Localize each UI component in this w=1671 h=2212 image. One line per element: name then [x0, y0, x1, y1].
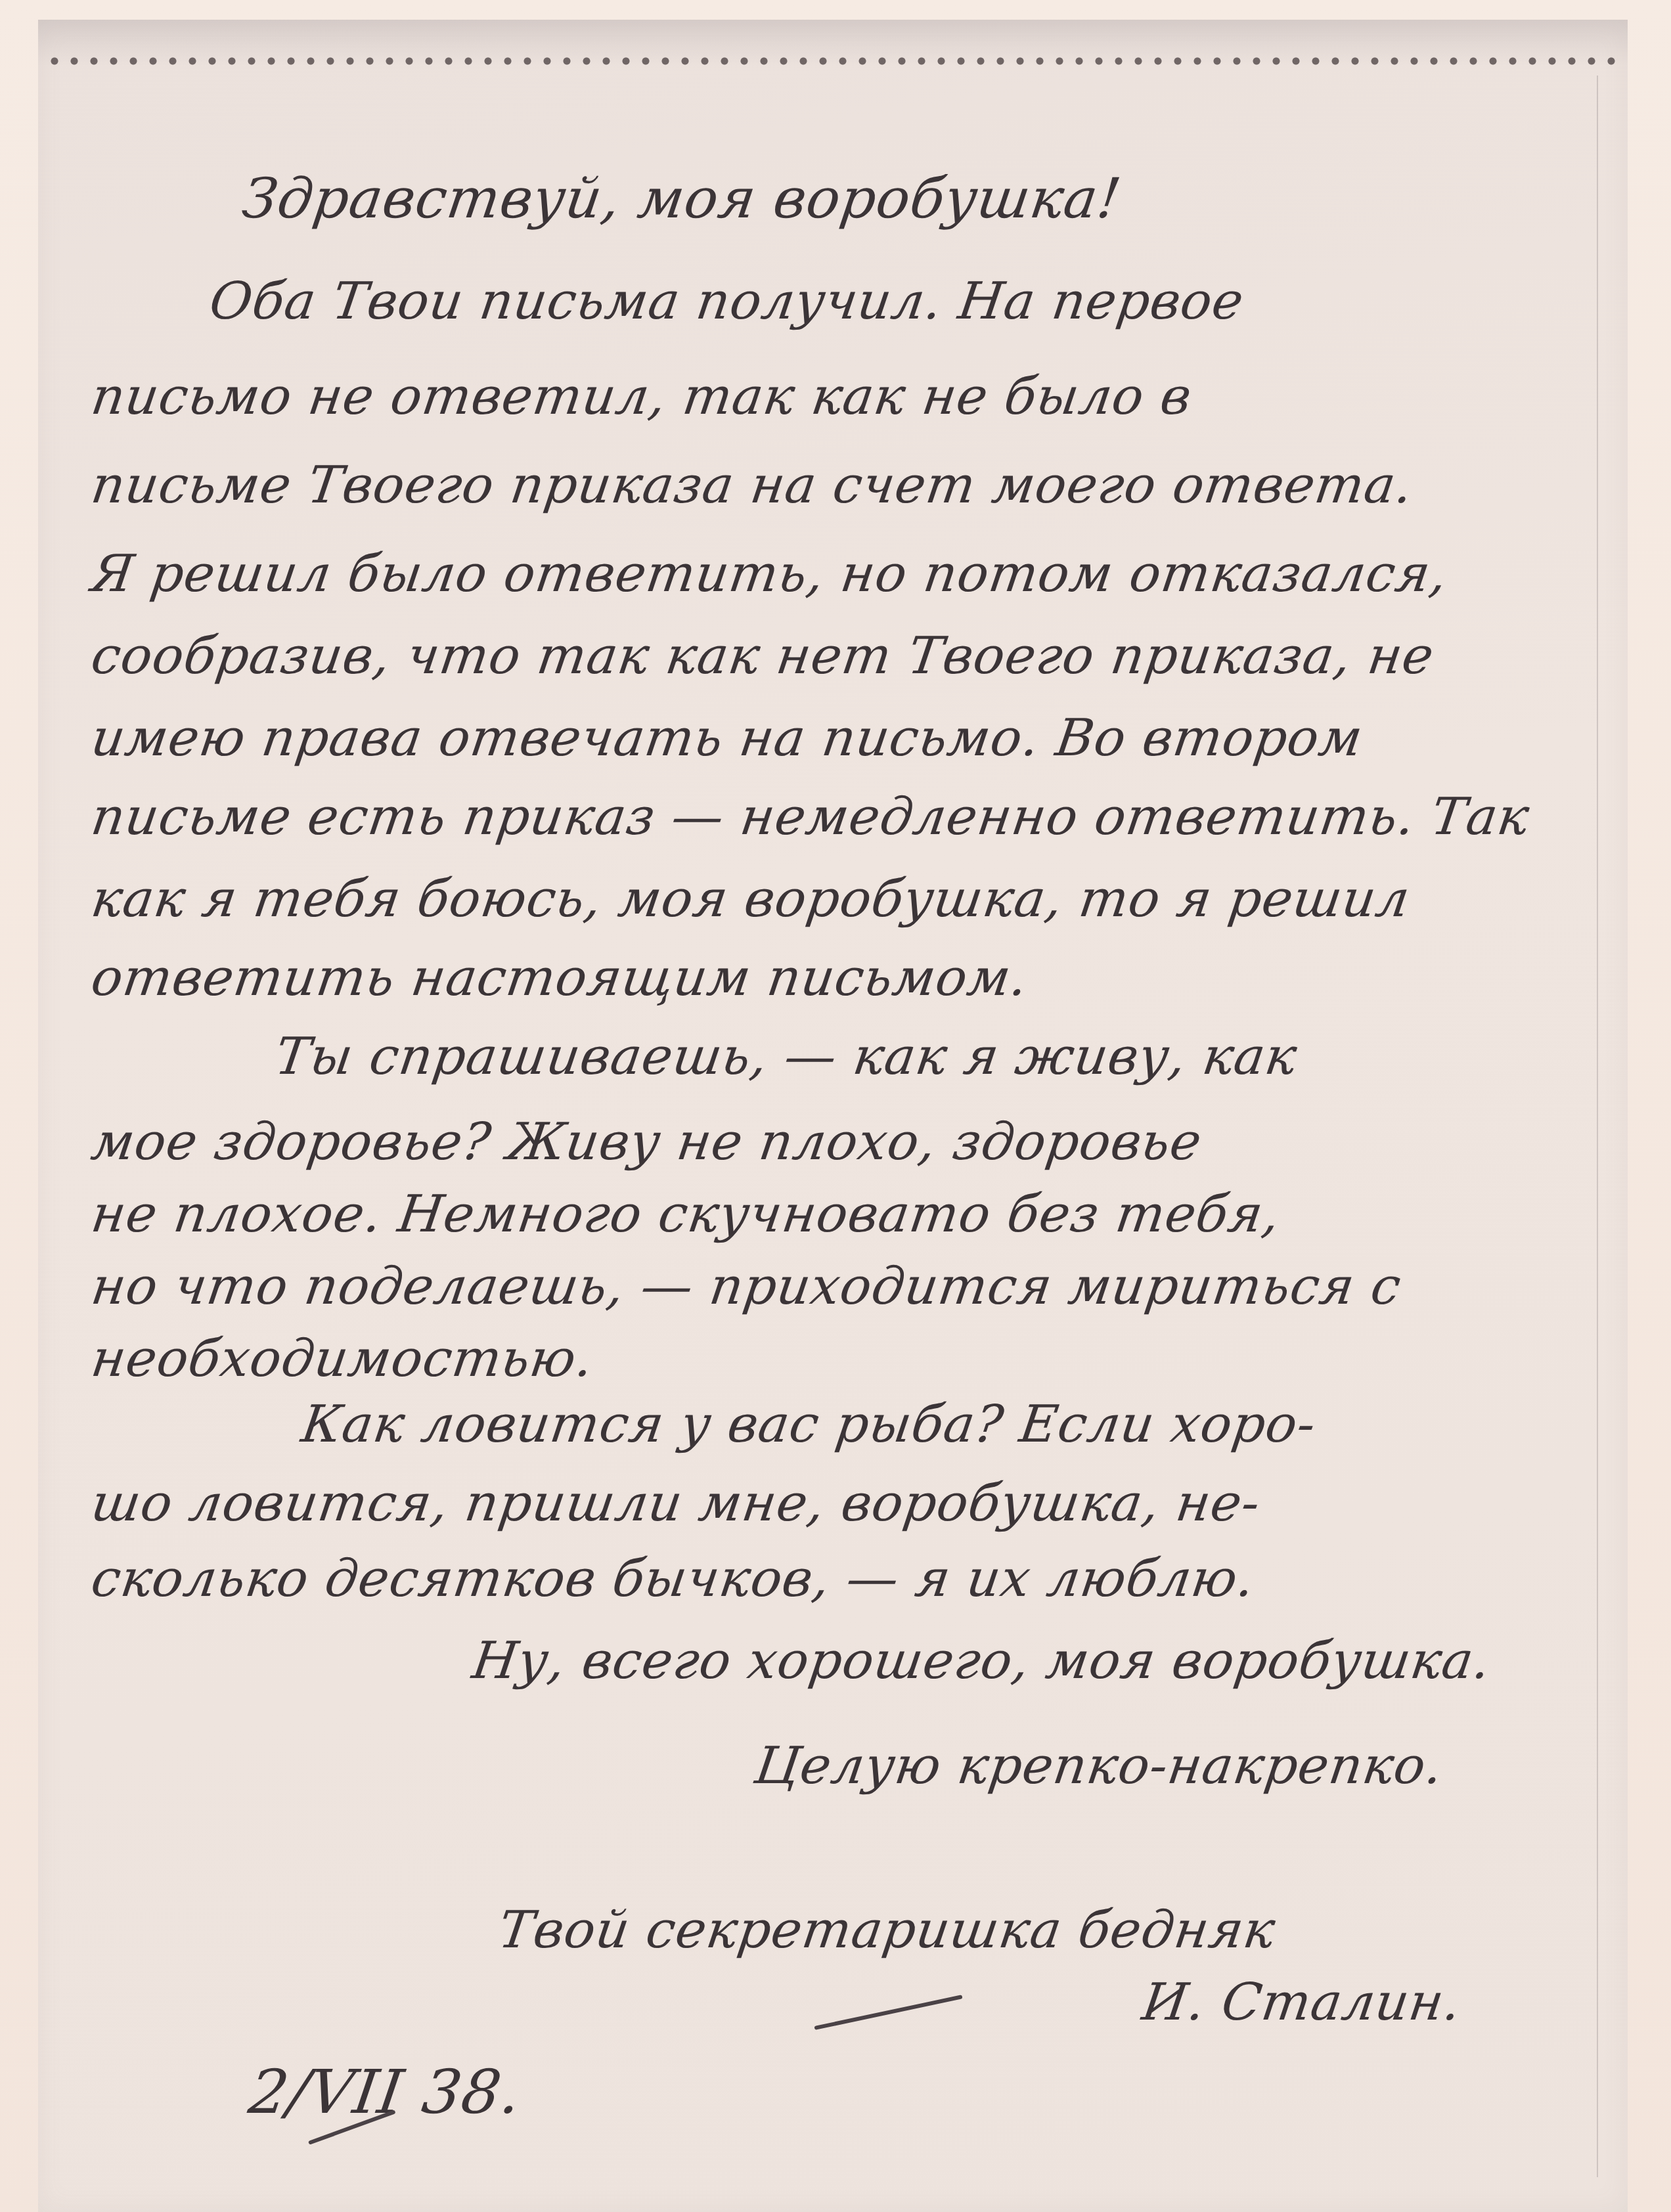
- letter-line-11: мое здоровье? Живу не плохо, здоровье: [89, 1117, 1205, 1168]
- letter-line-16: шо ловится, пришли мне, воробушка, не-: [89, 1478, 1264, 1529]
- letter-line-2: письмо не ответил, так как не было в: [89, 371, 1195, 422]
- letter-kisses: Целую крепко-накрепко.: [752, 1740, 1446, 1792]
- perforation-edge: [45, 56, 1621, 66]
- letter-line-14: необходимостью.: [89, 1333, 597, 1384]
- letter-line-15: Как ловится у вас рыба? Если хоро-: [299, 1399, 1320, 1450]
- letter-line-10: Ты спрашиваешь, — как я живу, как: [273, 1031, 1301, 1082]
- letter-line-1: Оба Твои письма получил. На первое: [207, 276, 1247, 327]
- letter-line-9: ответить настоящим письмом.: [89, 952, 1031, 1004]
- letter-line-5: сообразив, что так как нет Твоего приказ…: [89, 630, 1438, 682]
- letter-line-12: не плохое. Немного скучновато без тебя,: [89, 1189, 1283, 1240]
- letter-line-13: но что поделаешь, — приходится мириться …: [89, 1261, 1405, 1312]
- letter-line-17: сколько десятков бычков, — я их люблю.: [89, 1553, 1259, 1604]
- letter-farewell: Ну, всего хорошего, моя воробушка.: [470, 1635, 1494, 1687]
- letter-line-8: как я тебя боюсь, моя воробушка, то я ре…: [89, 874, 1414, 925]
- letter-greeting: Здравствуй, моя воробушка!: [239, 171, 1125, 226]
- signature-line-1: Твой секретаришка бедняк: [496, 1905, 1279, 1956]
- letter-line-7: письме есть приказ — немедленно ответить…: [89, 791, 1533, 843]
- letter-line-6: имею права отвечать на письмо. Во втором: [89, 713, 1366, 764]
- letter-line-3: письме Твоего приказа на счет моего отве…: [89, 460, 1417, 511]
- fold-line: [1597, 76, 1598, 2177]
- letter-line-4: Я решил было ответить, но потом отказалс…: [89, 548, 1451, 600]
- signature-name: И. Сталин.: [1140, 1977, 1465, 2028]
